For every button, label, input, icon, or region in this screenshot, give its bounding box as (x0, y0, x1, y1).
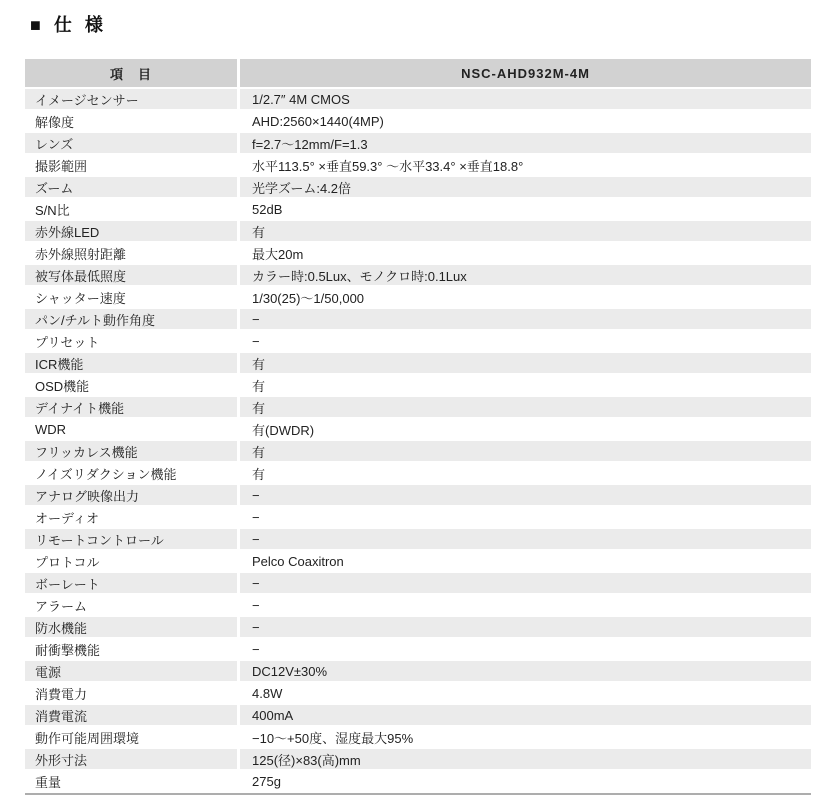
row-item-value: 有 (237, 441, 811, 461)
table-row: プリセット− (25, 331, 811, 353)
page-title: ■ 仕 様 (30, 11, 107, 37)
row-item-label: 耐衝撃機能 (25, 639, 237, 659)
row-item-label: パン/チルト動作角度 (25, 309, 237, 329)
row-item-value: − (237, 331, 811, 351)
spec-page: ■ 仕 様 項 目 NSC-AHD932M-4M イメージセンサー1/2.7″ … (0, 0, 838, 808)
table-row: 動作可能周囲環境−10～+50度、湿度最大95% (25, 727, 811, 749)
row-item-label: ボーレート (25, 573, 237, 593)
table-row: OSD機能有 (25, 375, 811, 397)
row-item-value: 125(径)×83(高)mm (237, 749, 811, 769)
table-row: WDR有(DWDR) (25, 419, 811, 441)
row-item-value: − (237, 507, 811, 527)
table-row: 被写体最低照度カラー時:0.5Lux、モノクロ時:0.1Lux (25, 265, 811, 287)
row-item-label: ノイズリダクション機能 (25, 463, 237, 483)
row-item-value: 最大20m (237, 243, 811, 263)
row-item-value: − (237, 595, 811, 615)
row-item-label: 解像度 (25, 111, 237, 131)
row-item-label: 被写体最低照度 (25, 265, 237, 285)
row-item-value: −10～+50度、湿度最大95% (237, 727, 811, 747)
row-item-value: 有 (237, 221, 811, 241)
table-row: 撮影範囲水平113.5° ×垂直59.3° ～水平33.4° ×垂直18.8° (25, 155, 811, 177)
row-item-value: DC12V±30% (237, 661, 811, 681)
table-row: 赤外線照射距離最大20m (25, 243, 811, 265)
table-row: 耐衝撃機能− (25, 639, 811, 661)
row-item-value: 水平113.5° ×垂直59.3° ～水平33.4° ×垂直18.8° (237, 155, 811, 175)
row-item-label: オーディオ (25, 507, 237, 527)
row-item-value: 4.8W (237, 683, 811, 703)
table-row: 重量275g (25, 771, 811, 793)
row-item-label: 動作可能周囲環境 (25, 727, 237, 747)
column-header-model: NSC-AHD932M-4M (237, 59, 811, 87)
row-item-label: アナログ映像出力 (25, 485, 237, 505)
table-row: デイナイト機能有 (25, 397, 811, 419)
table-row: ノイズリダクション機能有 (25, 463, 811, 485)
table-row: シャッター速度1/30(25)～1/50,000 (25, 287, 811, 309)
row-item-label: アラーム (25, 595, 237, 615)
row-item-value: − (237, 573, 811, 593)
table-body: イメージセンサー1/2.7″ 4M CMOS解像度AHD:2560×1440(4… (25, 89, 811, 793)
row-item-label: リモートコントロール (25, 529, 237, 549)
table-row: オーディオ− (25, 507, 811, 529)
row-item-value: 52dB (237, 199, 811, 219)
table-row: レンズf=2.7～12mm/F=1.3 (25, 133, 811, 155)
row-item-label: 重量 (25, 771, 237, 791)
table-row: 防水機能− (25, 617, 811, 639)
row-item-value: Pelco Coaxitron (237, 551, 811, 571)
row-item-label: シャッター速度 (25, 287, 237, 307)
row-item-value: 1/30(25)～1/50,000 (237, 287, 811, 307)
row-item-value: − (237, 309, 811, 329)
column-header-item: 項 目 (25, 59, 237, 87)
row-item-value: − (237, 617, 811, 637)
table-header-row: 項 目 NSC-AHD932M-4M (25, 59, 811, 89)
row-item-label: 外形寸法 (25, 749, 237, 769)
row-item-label: WDR (25, 419, 237, 439)
row-item-value: 有 (237, 463, 811, 483)
table-row: 消費電流400mA (25, 705, 811, 727)
table-row: ボーレート− (25, 573, 811, 595)
row-item-value: 有 (237, 375, 811, 395)
row-item-value: − (237, 529, 811, 549)
table-row: S/N比52dB (25, 199, 811, 221)
row-item-label: 防水機能 (25, 617, 237, 637)
table-row: リモートコントロール− (25, 529, 811, 551)
table-row: ズーム光学ズーム:4.2倍 (25, 177, 811, 199)
table-row: パン/チルト動作角度− (25, 309, 811, 331)
table-row: 解像度AHD:2560×1440(4MP) (25, 111, 811, 133)
table-row: フリッカレス機能有 (25, 441, 811, 463)
row-item-label: 赤外線LED (25, 221, 237, 241)
table-row: イメージセンサー1/2.7″ 4M CMOS (25, 89, 811, 111)
row-item-label: 消費電流 (25, 705, 237, 725)
table-row: アナログ映像出力− (25, 485, 811, 507)
row-item-value: カラー時:0.5Lux、モノクロ時:0.1Lux (237, 265, 811, 285)
row-item-label: プリセット (25, 331, 237, 351)
row-item-label: 撮影範囲 (25, 155, 237, 175)
table-row: アラーム− (25, 595, 811, 617)
row-item-label: 電源 (25, 661, 237, 681)
row-item-value: − (237, 485, 811, 505)
row-item-label: レンズ (25, 133, 237, 153)
row-item-value: AHD:2560×1440(4MP) (237, 111, 811, 131)
row-item-label: ズーム (25, 177, 237, 197)
row-item-label: プロトコル (25, 551, 237, 571)
table-row: プロトコルPelco Coaxitron (25, 551, 811, 573)
row-item-label: イメージセンサー (25, 89, 237, 109)
row-item-value: 1/2.7″ 4M CMOS (237, 89, 811, 109)
row-item-value: f=2.7～12mm/F=1.3 (237, 133, 811, 153)
row-item-label: S/N比 (25, 199, 237, 219)
table-row: ICR機能有 (25, 353, 811, 375)
row-item-label: 消費電力 (25, 683, 237, 703)
spec-table: 項 目 NSC-AHD932M-4M イメージセンサー1/2.7″ 4M CMO… (25, 59, 811, 795)
table-row: 消費電力4.8W (25, 683, 811, 705)
row-item-value: 400mA (237, 705, 811, 725)
row-item-label: フリッカレス機能 (25, 441, 237, 461)
row-item-value: 275g (237, 771, 811, 791)
row-item-value: 有 (237, 397, 811, 417)
row-item-label: 赤外線照射距離 (25, 243, 237, 263)
row-item-value: 有 (237, 353, 811, 373)
row-item-value: 有(DWDR) (237, 419, 811, 439)
table-row: 外形寸法125(径)×83(高)mm (25, 749, 811, 771)
row-item-label: ICR機能 (25, 353, 237, 373)
row-item-label: デイナイト機能 (25, 397, 237, 417)
table-row: 電源DC12V±30% (25, 661, 811, 683)
row-item-label: OSD機能 (25, 375, 237, 395)
table-row: 赤外線LED有 (25, 221, 811, 243)
row-item-value: 光学ズーム:4.2倍 (237, 177, 811, 197)
row-item-value: − (237, 639, 811, 659)
